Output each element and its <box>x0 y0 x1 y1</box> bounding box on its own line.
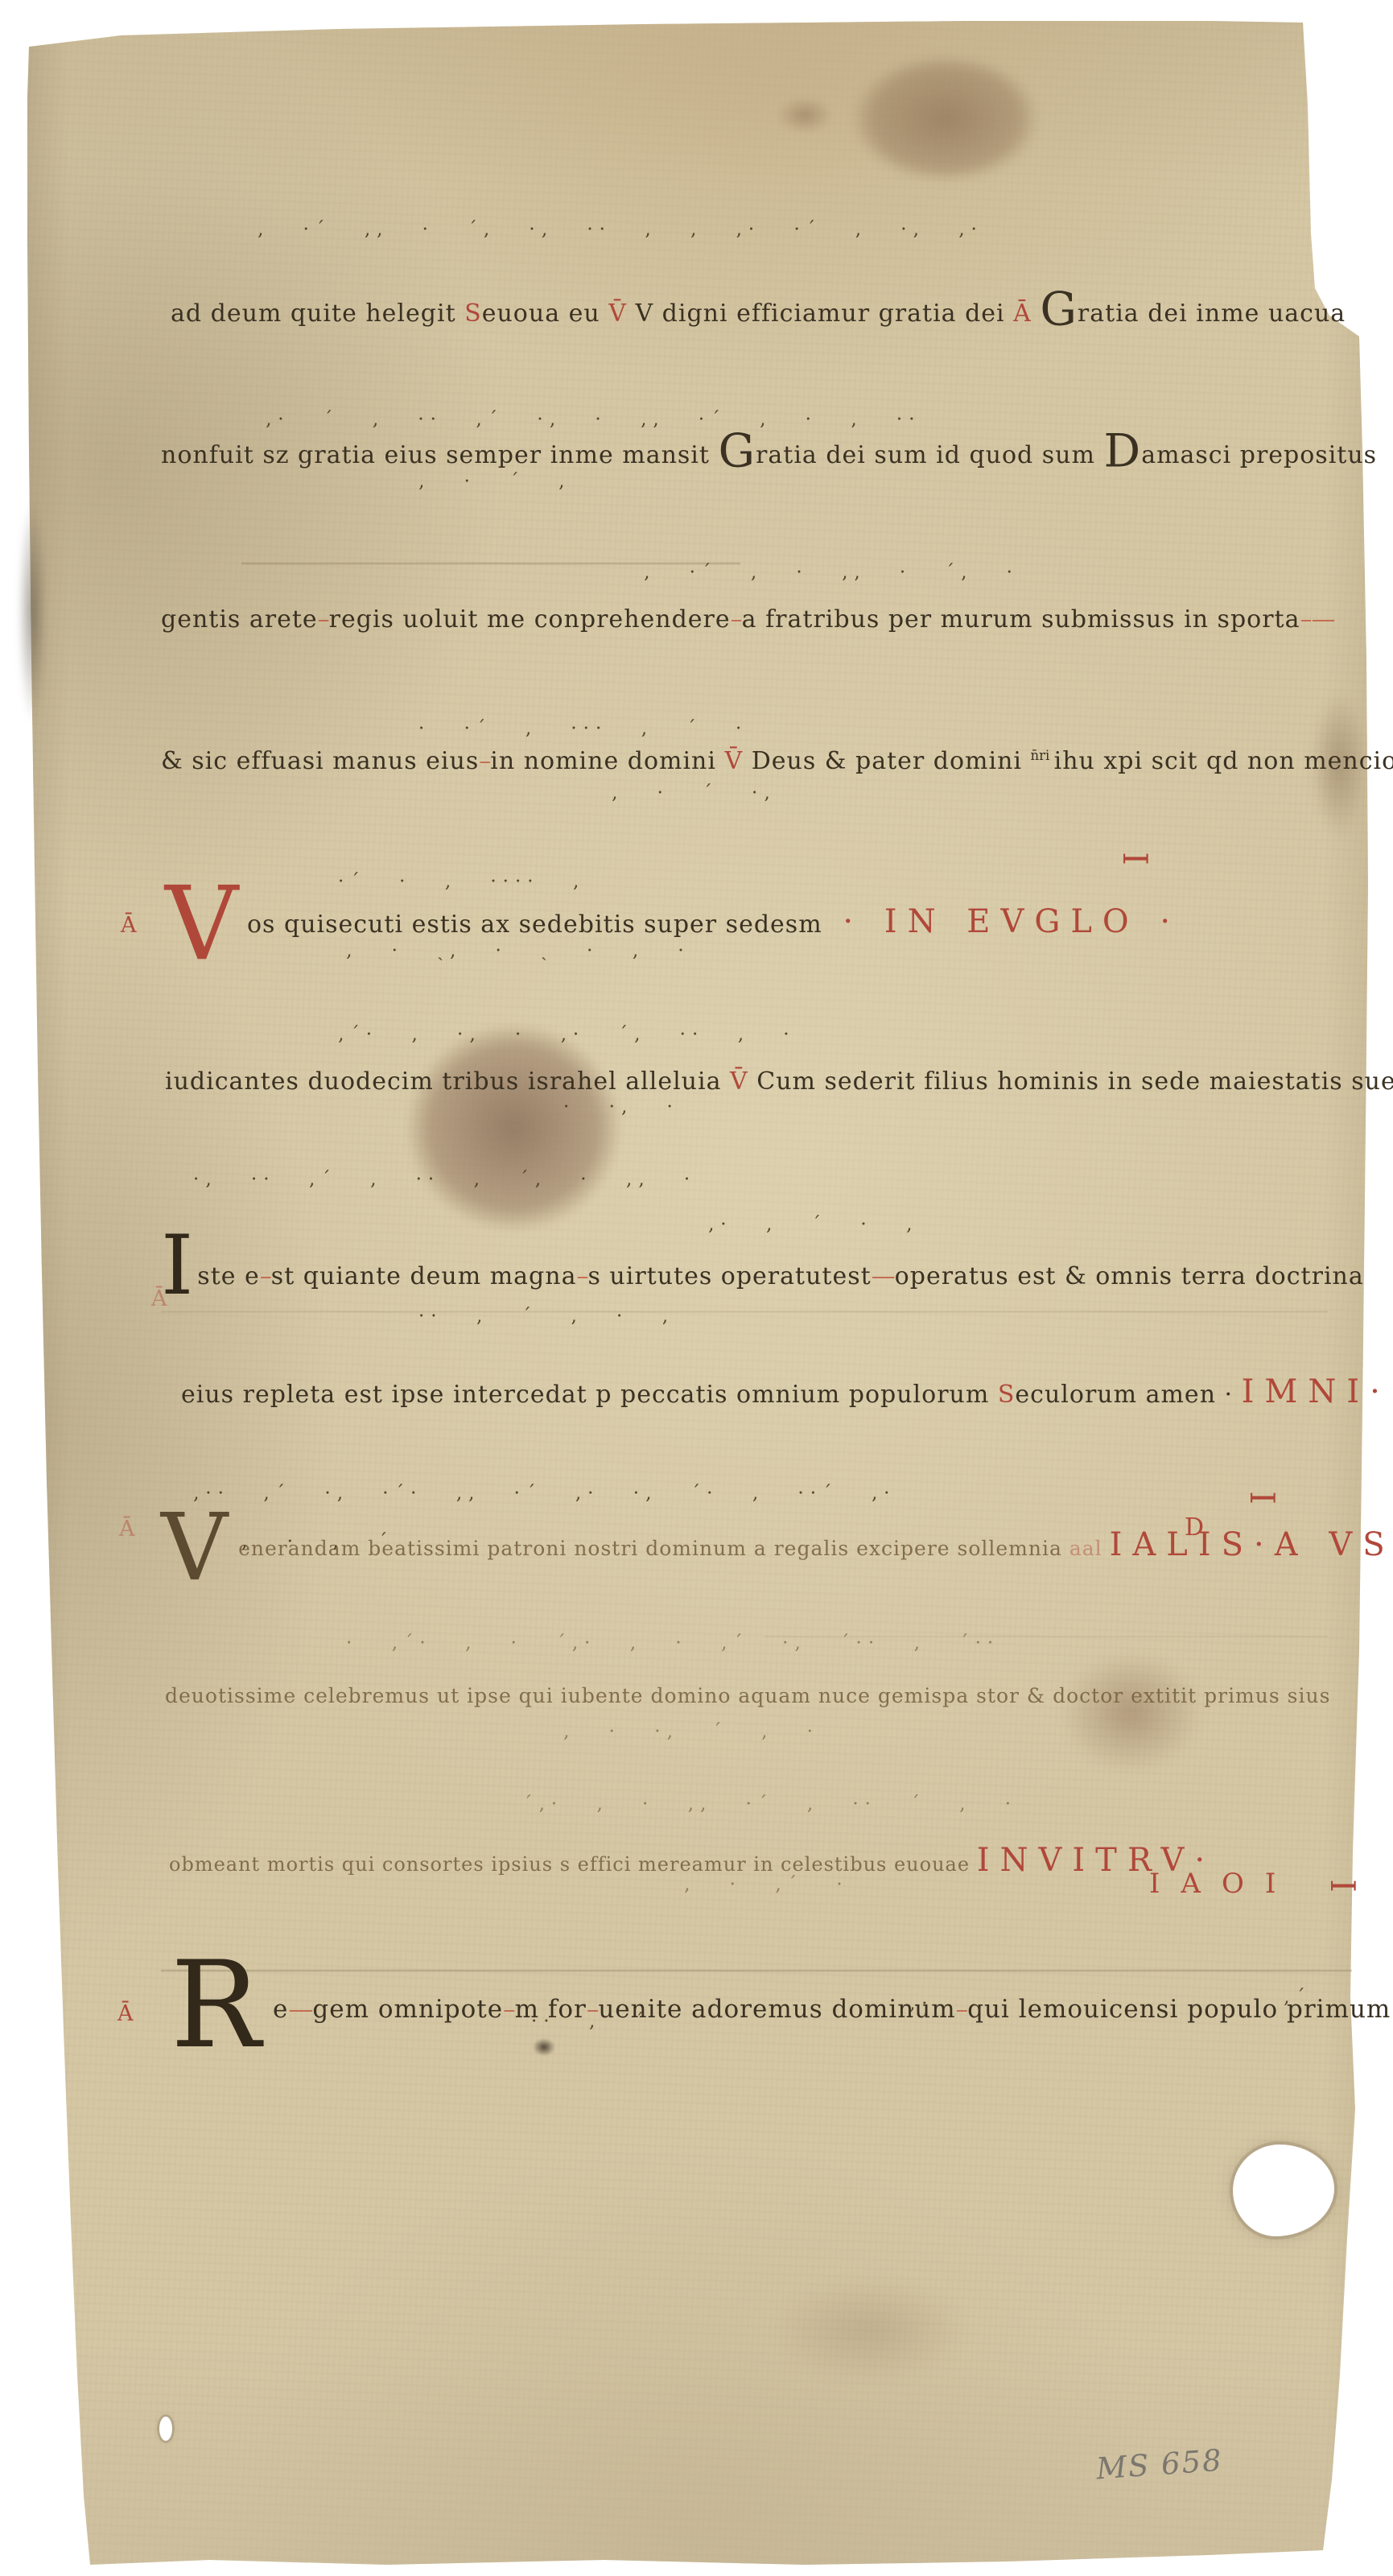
text-line-6: iudicantes duodecim tribus israhel allel… <box>165 1067 1393 1096</box>
red-bar-mark-1: I <box>1115 852 1155 865</box>
line-4-segment: V̄ <box>725 747 752 775</box>
neume-row-12: ‚· ‚ ˊ · ‚ <box>708 1214 918 1235</box>
manuscript-photo: ad deum quite helegit Seuoua eu V̄ V dig… <box>0 0 1393 2576</box>
line-3-segment: gentis arete <box>161 605 318 634</box>
text-line-7: Iste e–st quiante deum magna–s uirtutes … <box>161 1262 1364 1290</box>
neume-row-19: ‚ · ‚ˊ · <box>684 1874 849 1895</box>
neume-row-1: ‚ ·ˊ ‚‚ · ˊ‚ ·‚ ·· ‚ ‚ ‚· ·ˊ ‚ ·‚ ‚· <box>258 219 983 240</box>
neume-row-5: · ·ˊ ‚ ··· ‚ ˊ · <box>418 718 748 739</box>
neume-row-21: ‚· <box>909 1993 934 2014</box>
neume-row-14: ‚·· ‚ˊ ·‚ ·ˊ· ‚‚ ·ˊ ‚· ·‚ ˊ· ‚ ··ˊ ‚· <box>193 1483 896 1504</box>
line-5-marginal-letter: Ā <box>121 913 137 938</box>
line-1-segment: V digni efficiamur gratia dei <box>635 299 1013 328</box>
line-8-segment: IMNI·S · <box>1242 1373 1393 1410</box>
text-line-4: & sic effuasi manus eius–in nomine domin… <box>161 747 1393 775</box>
neume-row-6: ‚ · ˊ ·‚ <box>612 782 777 803</box>
line-12-segment: R <box>171 1936 262 2075</box>
neume-row-4: ‚ ·ˊ ‚ · ‚‚ · ˊ‚ · <box>644 562 1019 583</box>
line-4-segment: ihu xpi scit qd non mencior <box>1054 747 1393 775</box>
line-11-segment: obmeant mortis qui consortes ipsius s ef… <box>169 1853 977 1876</box>
line-7-segment: ste e <box>197 1262 260 1290</box>
line-9-segment: IALIS·A VSPPS· <box>1110 1526 1393 1563</box>
line-1-segment: V̄ <box>608 299 635 328</box>
neume-row-13: ·· ‚ ˊ ‚ · ‚ <box>418 1306 674 1327</box>
line-4-segment: – <box>479 747 490 775</box>
line-7-segment: – <box>576 1262 587 1290</box>
line-12-segment: — <box>288 1995 312 2024</box>
neume-row-15: ‚ · ‚ ˊ <box>241 1531 394 1552</box>
line-1-segment: ad deum quite helegit <box>171 299 464 328</box>
line-2-segment: amasci prepositus <box>1141 441 1377 469</box>
line-1-segment: Ā <box>1013 299 1040 328</box>
red-bar-mark-2: I <box>1243 1491 1282 1505</box>
neume-row-18: ˊ‚· ‚ · ‚‚ ·ˊ ‚ ·· ˊ ‚ · <box>523 1794 1017 1814</box>
neume-row-10: · ·‚ · <box>563 1096 679 1117</box>
neume-row-2: ‚· ˊ ‚ ·· ‚ˊ ·‚ · ‚‚ ·ˊ ‚ · ‚ ·· <box>266 409 921 430</box>
text-line-3: gentis arete–regis uoluit me conprehende… <box>161 605 1335 634</box>
line-2-segment: D <box>1103 425 1141 478</box>
neume-row-17: ‚ · ·‚ ˊ ‚ · <box>563 1721 819 1742</box>
line-5-segment: · IN EVGLO · <box>822 903 1181 940</box>
line-12-segment: uenite adoremus dominum <box>598 1995 955 2024</box>
line-1-segment: G <box>1040 283 1078 336</box>
text-line-5: Vos quisecuti estis ax sedebitis super s… <box>165 903 1181 940</box>
line-7-segment: — <box>872 1262 895 1290</box>
text-line-10: deuotissime celebremus ut ipse qui iuben… <box>165 1684 1330 1707</box>
line-8-segment: S <box>998 1381 1016 1409</box>
neume-row-9: ‚ˊ· ‚ ·‚ · ‚· ˊ‚ ·· ‚ · <box>338 1024 796 1045</box>
line-3-segment: –— <box>1300 605 1335 634</box>
line-2-segment: nonfuit sz gratia eius semper inme mansi… <box>161 441 718 469</box>
line-4-segment: Deus & pater domini <box>752 747 1031 775</box>
line-9-marginal-letter: Ā <box>119 1517 135 1542</box>
red-d-mark: D <box>1185 1513 1204 1542</box>
line-9-segment: V <box>161 1494 229 1602</box>
neume-row-7: ·ˊ · ‚ ···· ‚ <box>338 871 585 892</box>
line-6-segment: V̄ <box>730 1067 756 1096</box>
text-line-2: nonfuit sz gratia eius semper inme mansi… <box>161 441 1377 469</box>
line-10-segment: deuotissime celebremus ut ipse qui iuben… <box>165 1684 1330 1707</box>
neume-row-3: ‚ · ˊ ‚ <box>418 471 571 492</box>
line-4-segment: n̄ri <box>1031 748 1054 763</box>
neume-row-8: ‚ · ˏ‚ · ˏ · ‚ · <box>346 940 690 961</box>
neume-row-16: · ‚ˊ· ‚ · ˊ‚· ‚ · ‚ˊ ·‚ ˊ·· ‚ ˊ·· <box>346 1633 999 1653</box>
line-12-marginal-letter: Ā <box>117 2001 134 2026</box>
text-line-8: eius repleta est ipse intercedat p pecca… <box>181 1373 1393 1410</box>
line-12-segment: – <box>956 1995 968 2024</box>
line-8-segment: eius repleta est ipse intercedat p pecca… <box>181 1381 998 1409</box>
line-7-segment: operatus est & omnis terra doctrina <box>895 1262 1364 1290</box>
line-1-segment: euoua eu <box>482 299 609 328</box>
line-12-segment: gem omnipote <box>312 1995 503 2024</box>
line-3-segment: – <box>318 605 329 634</box>
line-3-segment: regis uoluit me conprehendere <box>329 605 731 634</box>
line-1-segment: ratia dei inme uacua <box>1078 299 1346 328</box>
line-6-segment: Cum sederit filius hominis in sede maies… <box>756 1067 1393 1096</box>
line-12-segment: qui lemouicensi populo primum <box>967 1995 1391 2024</box>
neume-row-22: ‚ˊ <box>1284 1987 1312 2008</box>
line-4-segment: & sic effuasi manus eius <box>161 747 479 775</box>
line-7-segment: st quiante deum magna <box>271 1262 577 1290</box>
text-line-1: ad deum quite helegit Seuoua eu V̄ V dig… <box>171 299 1346 328</box>
line-9-segment: aal <box>1069 1537 1110 1560</box>
red-bar-mark-3: I <box>1323 1879 1362 1893</box>
line-3-segment: – <box>731 605 742 634</box>
line-4-segment: in nomine domini <box>490 747 724 775</box>
line-3-segment: a fratribus per murum submissus in sport… <box>742 605 1300 634</box>
neume-row-11: ·‚ ·· ‚ˊ ‚ ·· ‚ ˊ‚ · ‚‚ · <box>193 1169 696 1190</box>
red-rubric-upper-row: IAOI <box>1149 1868 1296 1900</box>
text-layer: ad deum quite helegit Seuoua eu V̄ V dig… <box>0 0 1393 2576</box>
line-7-segment: – <box>260 1262 271 1290</box>
line-6-segment: iudicantes duodecim tribus israhel allel… <box>165 1067 730 1096</box>
neume-row-20: ·· ‚ ˊ <box>531 2011 650 2032</box>
line-1-segment: S <box>464 299 482 328</box>
line-7-marginal-letter: Ā <box>151 1286 167 1311</box>
line-2-segment: ratia dei sum id quod sum <box>756 441 1103 469</box>
text-line-12: Re—gem omnipote–m for–uenite adoremus do… <box>171 1995 1391 2024</box>
line-7-segment: s uirtutes operatutest <box>587 1262 871 1290</box>
line-5-segment: os quisecuti estis ax sedebitis super se… <box>247 910 822 939</box>
line-12-segment: – <box>503 1995 515 2024</box>
line-2-segment: G <box>718 425 756 478</box>
line-5-segment: V <box>165 865 239 983</box>
line-12-segment: e <box>273 1995 288 2024</box>
line-8-segment: eculorum amen · <box>1015 1381 1241 1409</box>
